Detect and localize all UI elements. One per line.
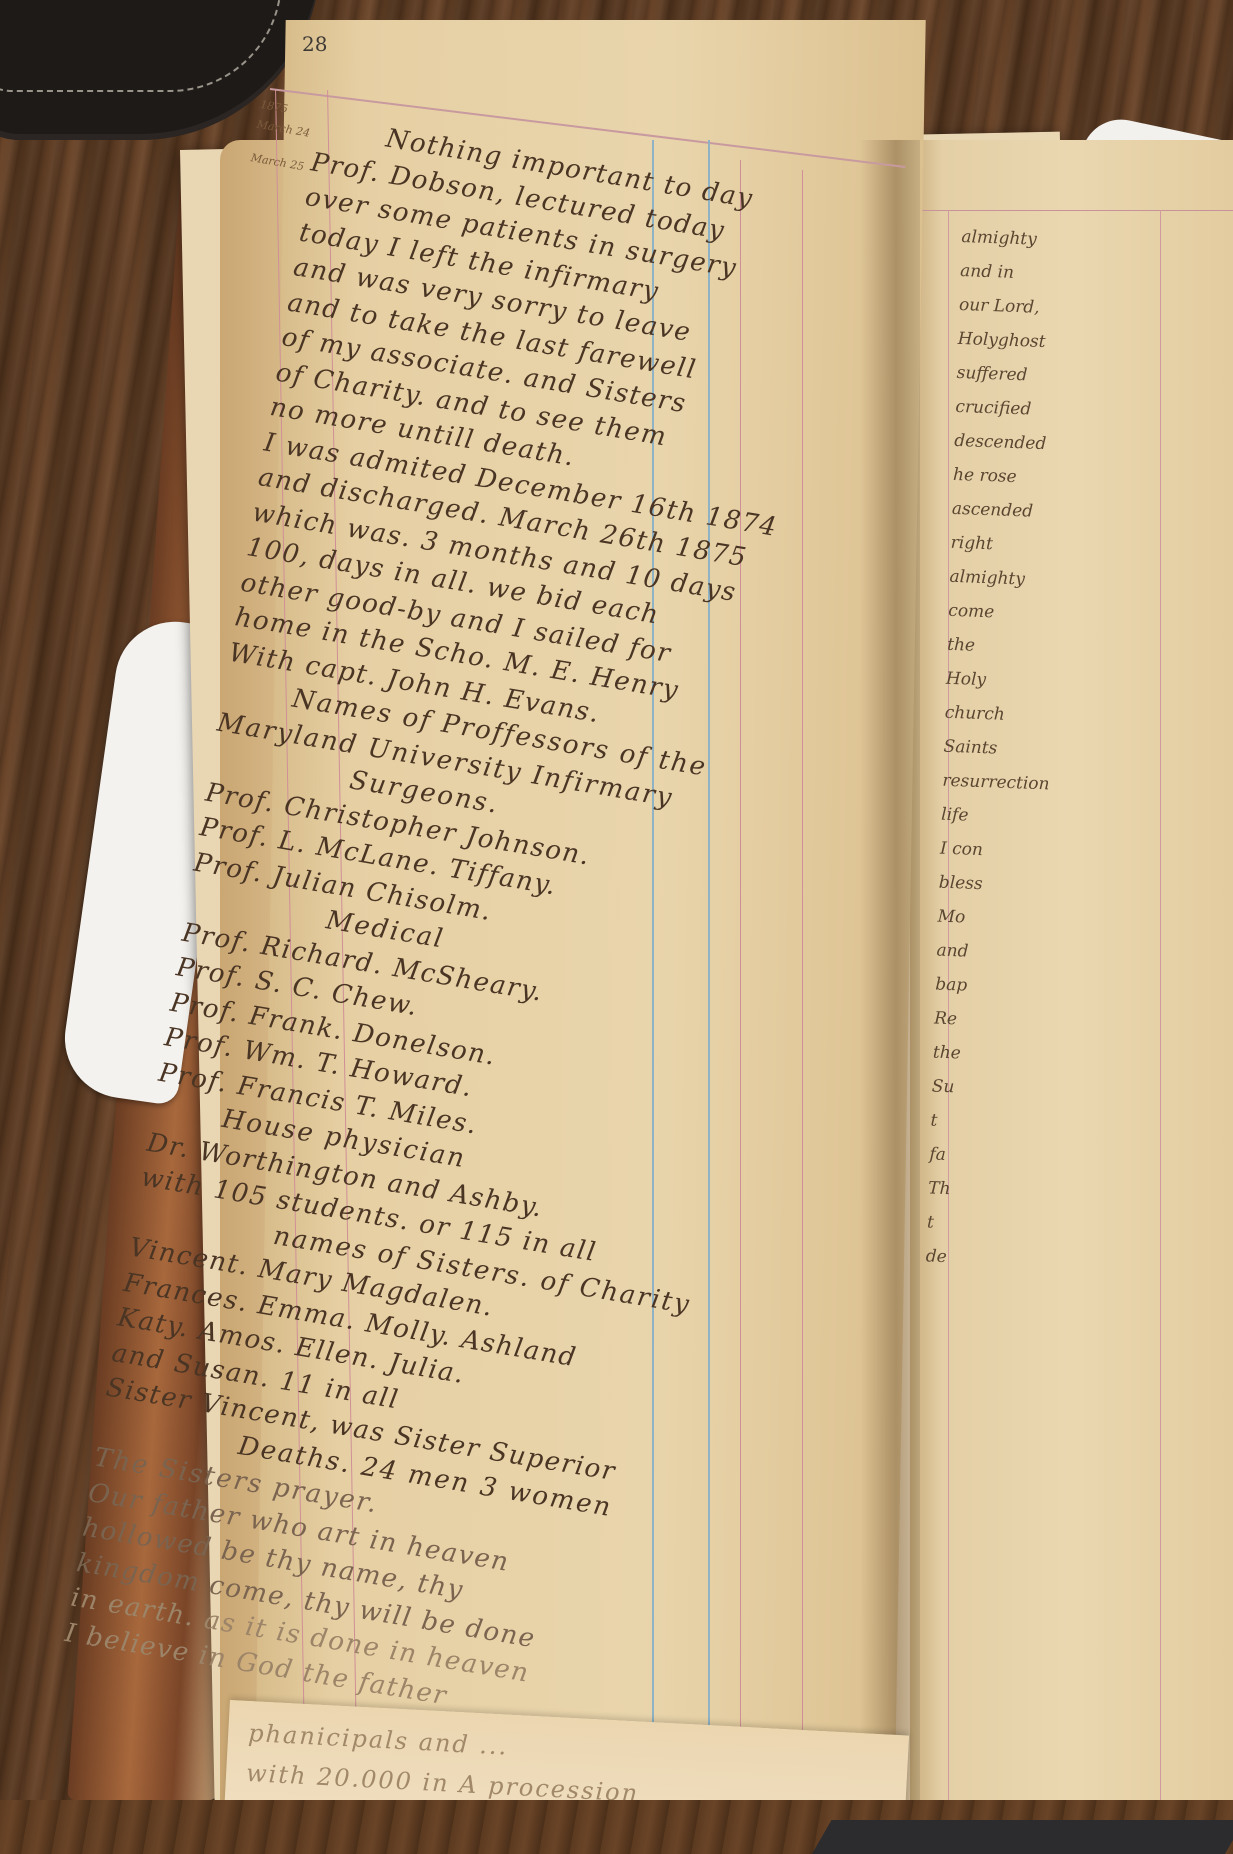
underlying-text-line: phanicipals and ... (248, 1719, 509, 1761)
right-page-header-rule (910, 210, 1233, 211)
dark-cloth (808, 1820, 1233, 1854)
right-page: almighty and in our Lord, Holyghost suff… (910, 140, 1233, 1854)
strap-stitching (0, 0, 282, 92)
right-page-text: almighty and in our Lord, Holyghost suff… (925, 220, 1233, 1283)
page-number: 28 (302, 32, 327, 56)
